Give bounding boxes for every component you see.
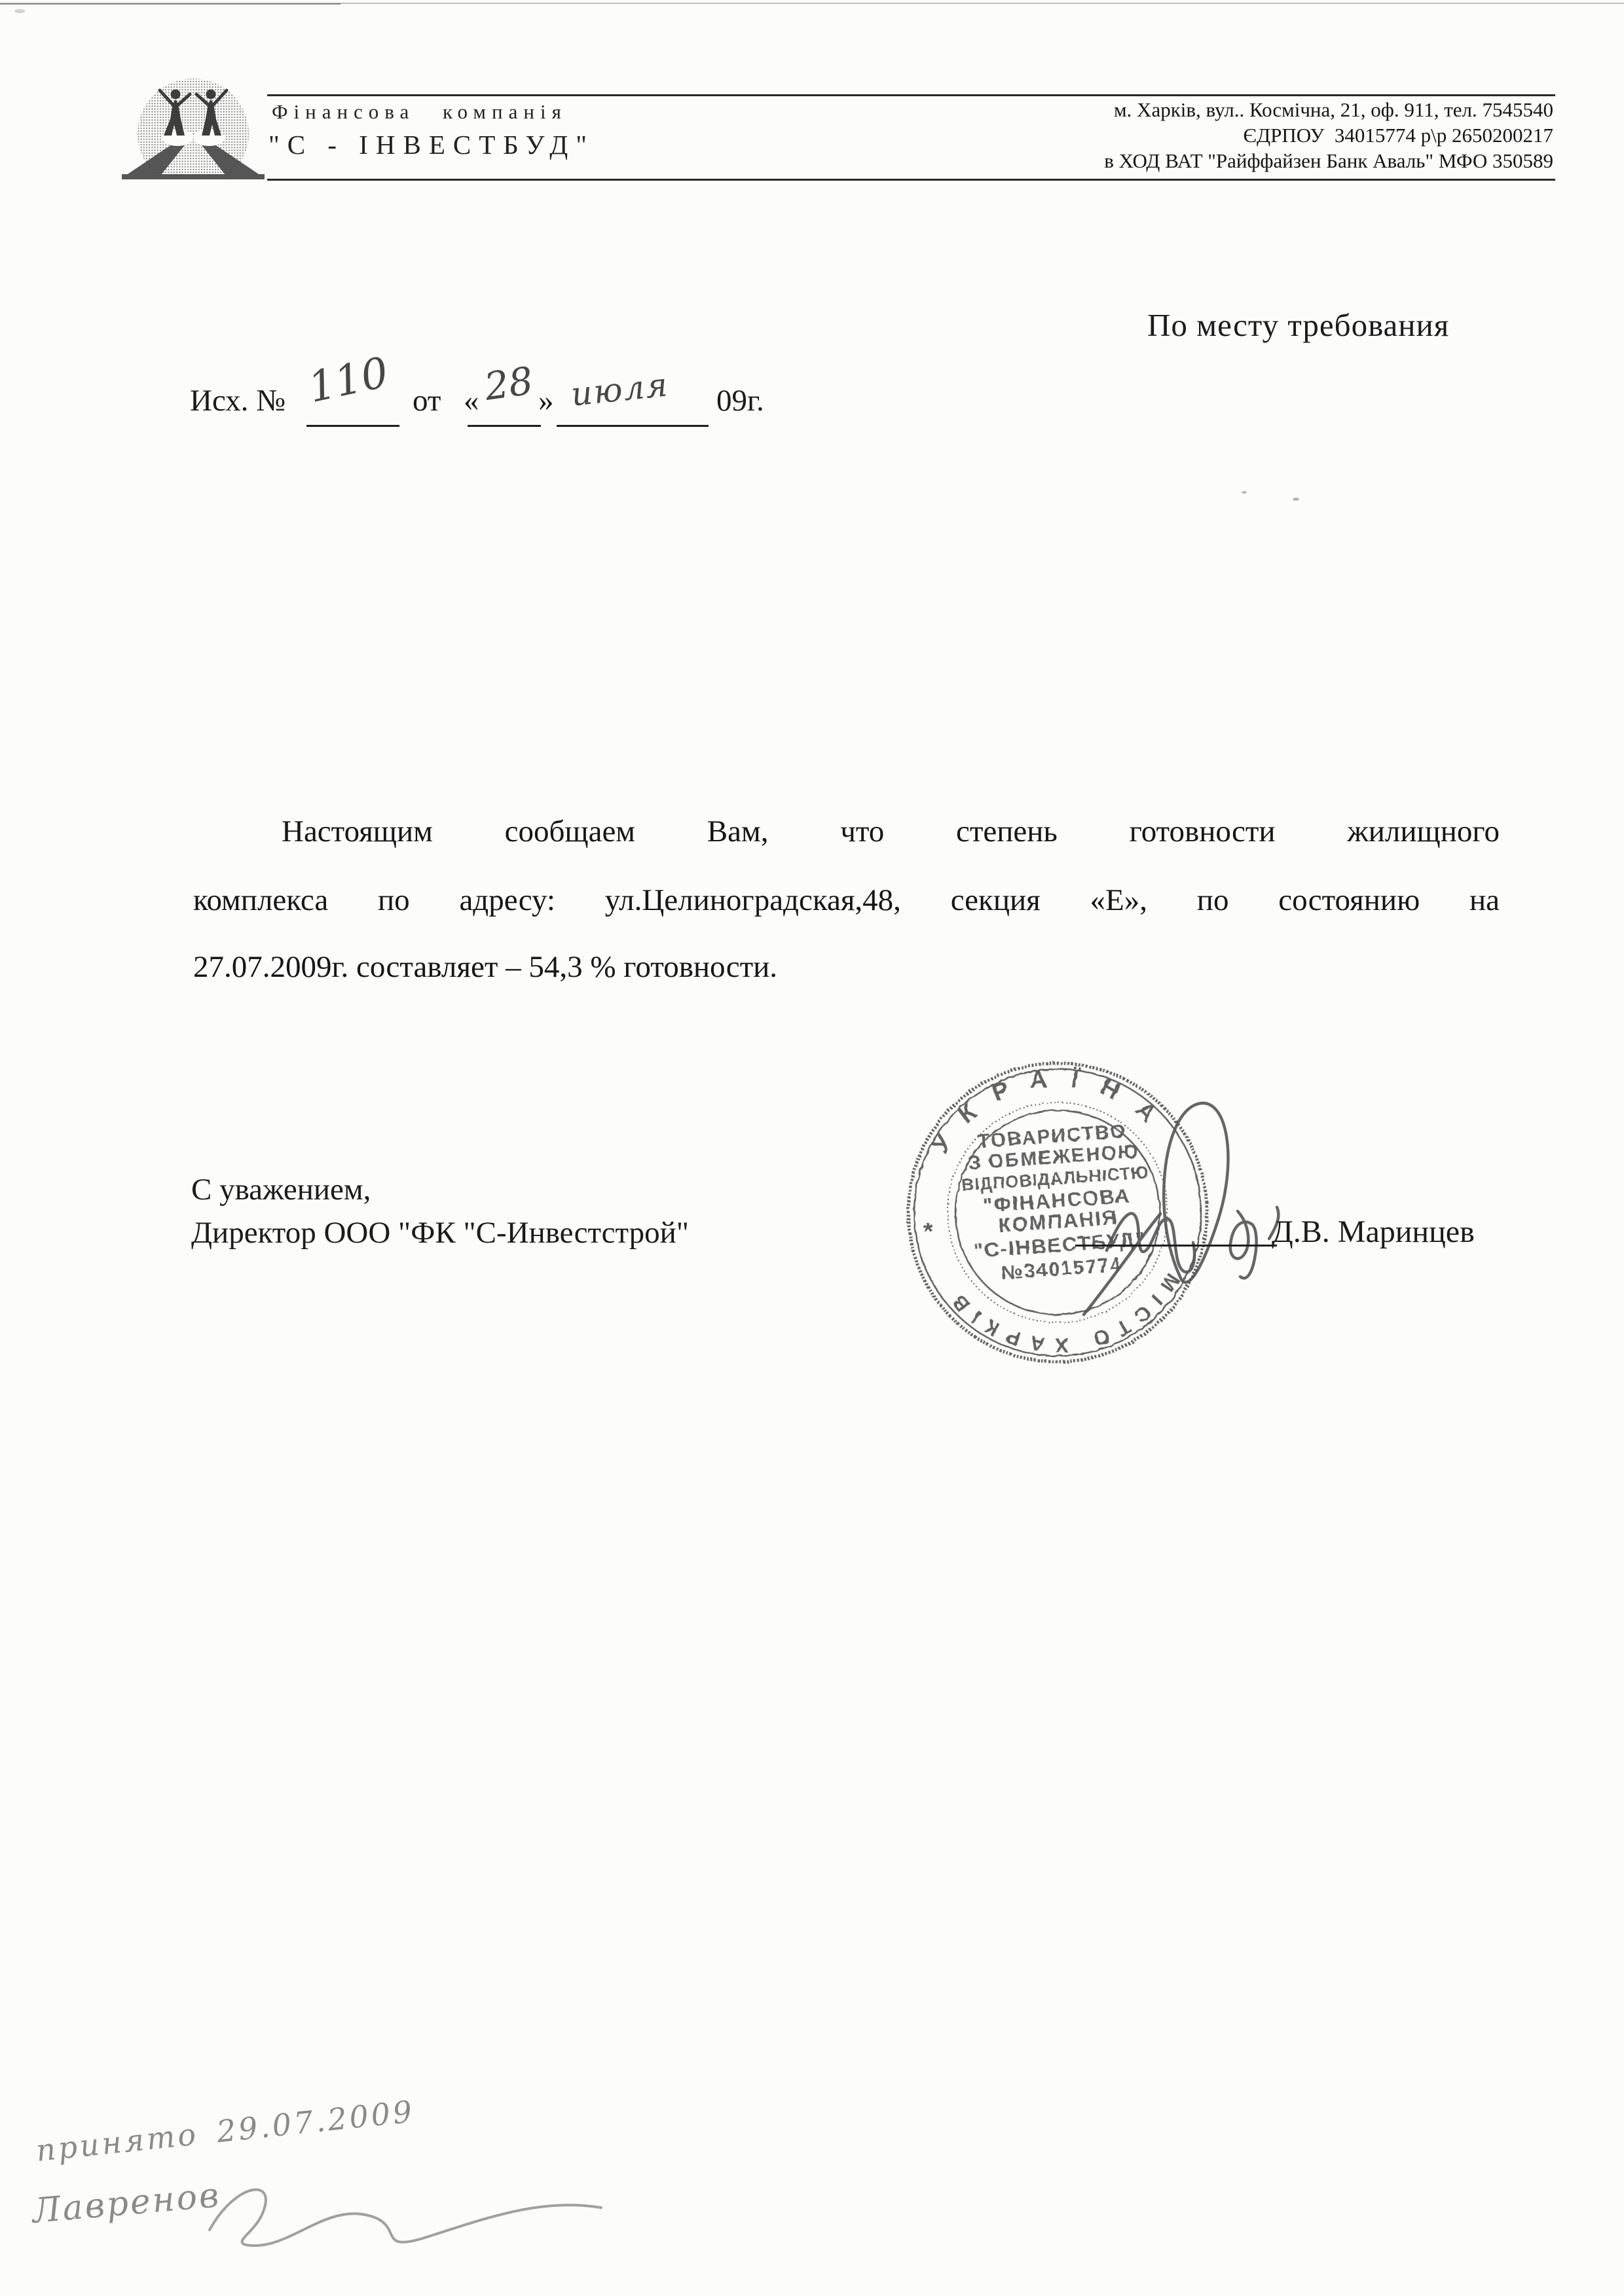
ref-number-handwritten: 110	[304, 348, 393, 412]
ref-quote-close: »	[538, 383, 554, 418]
ref-month-blank	[557, 425, 709, 427]
letterhead-top-rule	[267, 94, 1555, 96]
company-name-line1: Фінансова компанія	[272, 100, 567, 124]
letterhead-bottom-rule	[267, 179, 1555, 181]
ref-number-blank	[306, 425, 399, 427]
body-line: 27.07.2009г. составляет – 54,3 % готовно…	[193, 949, 777, 985]
ref-day-blank	[468, 425, 541, 427]
received-note-signature-flourish	[196, 2167, 629, 2272]
ref-quote-open: «	[464, 383, 479, 418]
ref-day-handwritten: 28	[482, 358, 536, 409]
letterhead-address-block: м. Харків, вул.. Космічна, 21, оф. 911, …	[982, 97, 1553, 173]
received-note-line1: принято 29.07.2009	[34, 2094, 416, 2168]
ref-month-handwritten: июля	[569, 365, 670, 413]
body-line: Настоящим сообщаем Вам, что степень гото…	[282, 814, 1500, 849]
address-line: ЄДРПОУ 34015774 р\р 2650200217	[982, 122, 1553, 148]
ref-prefix: Исх. №	[190, 383, 286, 418]
scan-speck	[1242, 491, 1247, 494]
closing-salutation: С уважением,	[191, 1172, 371, 1207]
letterhead: Фінансова компанія "С - ІНВЕСТБУД" м. Ха…	[0, 0, 1624, 196]
received-note-line2: Лавренов	[31, 2176, 223, 2231]
company-logo-icon	[118, 72, 268, 185]
signer-title: Директор ООО "ФК "С-Инвестстрой"	[191, 1215, 689, 1250]
signer-name: Д.В. Маринцев	[1272, 1214, 1475, 1250]
company-name-line2: "С - ІНВЕСТБУД"	[268, 129, 595, 160]
scanned-letter-page: Фінансова компанія "С - ІНВЕСТБУД" м. Ха…	[0, 0, 1624, 2296]
body-line: комплекса по адресу: ул.Целиноградская,4…	[193, 883, 1500, 918]
address-line: в ХОД ВАТ "Райффайзен Банк Аваль" МФО 35…	[982, 148, 1553, 173]
ref-ot: от	[413, 383, 441, 418]
signature-line	[1075, 1245, 1277, 1247]
ref-year: 09г.	[716, 383, 764, 418]
scan-speck	[1293, 498, 1299, 501]
director-signature	[1022, 1021, 1349, 1349]
address-line: м. Харків, вул.. Космічна, 21, оф. 911, …	[982, 97, 1553, 122]
stamp-star-left: *	[923, 1218, 934, 1246]
recipient-line: По месту требования	[1147, 306, 1449, 344]
